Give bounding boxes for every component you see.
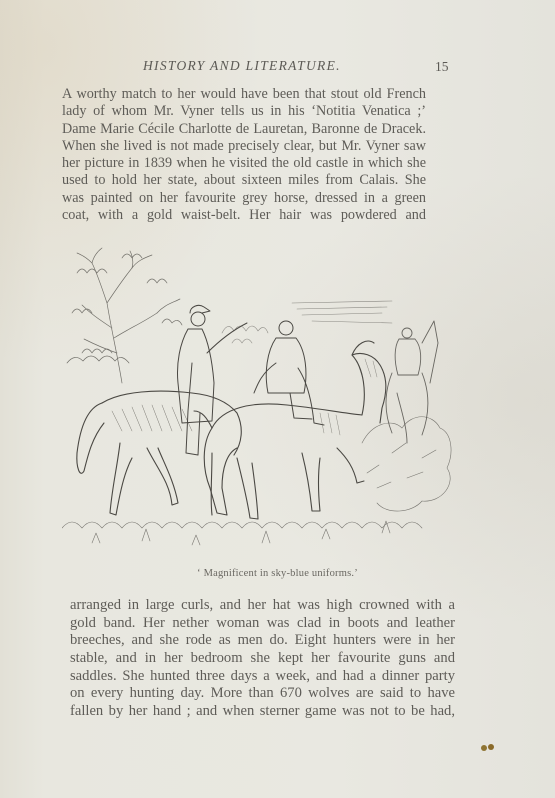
foxing-stain bbox=[481, 744, 499, 752]
text-line: breeches, and she rode as men do. Eight … bbox=[70, 632, 455, 650]
illustration-caption: ‘ Magnificent in sky-blue uniforms.’ bbox=[0, 568, 555, 579]
text-line: arranged in large curls, and her hat was… bbox=[70, 597, 455, 615]
text-line: A worthy match to her would have been th… bbox=[62, 86, 426, 103]
text-line: her picture in 1839 when he visited the … bbox=[62, 155, 426, 172]
hunting-illustration bbox=[62, 243, 462, 558]
body-text-top: A worthy match to her would have been th… bbox=[62, 86, 426, 224]
text-line: was painted on her favourite grey horse,… bbox=[62, 190, 426, 207]
text-line: fallen by her hand ; and when sterner ga… bbox=[70, 703, 455, 721]
text-line: gold band. Her nether woman was clad in … bbox=[70, 615, 455, 633]
book-page: HISTORY AND LITERATURE. 15 A worthy matc… bbox=[0, 0, 555, 798]
body-text-bottom: arranged in large curls, and her hat was… bbox=[70, 597, 455, 721]
page-number: 15 bbox=[435, 59, 449, 75]
stain-dot bbox=[488, 744, 494, 750]
riders-on-horseback-drawing bbox=[62, 243, 462, 558]
text-line: When she lived is not made precisely cle… bbox=[62, 138, 426, 155]
text-line: used to hold her state, about sixteen mi… bbox=[62, 172, 426, 189]
text-line: saddles. She hunted three days a week, a… bbox=[70, 668, 455, 686]
text-line: lady of whom Mr. Vyner tells us in his ‘… bbox=[62, 103, 426, 120]
stain-dot bbox=[481, 745, 487, 751]
text-line: Dame Marie Cécile Charlotte de Lauretan,… bbox=[62, 121, 426, 138]
running-title: HISTORY AND LITERATURE. bbox=[143, 58, 341, 74]
text-line: stable, and in her bedroom she kept her … bbox=[70, 650, 455, 668]
text-line: coat, with a gold waist-belt. Her hair w… bbox=[62, 207, 426, 224]
running-head: HISTORY AND LITERATURE. 15 bbox=[60, 58, 460, 78]
text-line: on every hunting day. More than 670 wolv… bbox=[70, 685, 455, 703]
